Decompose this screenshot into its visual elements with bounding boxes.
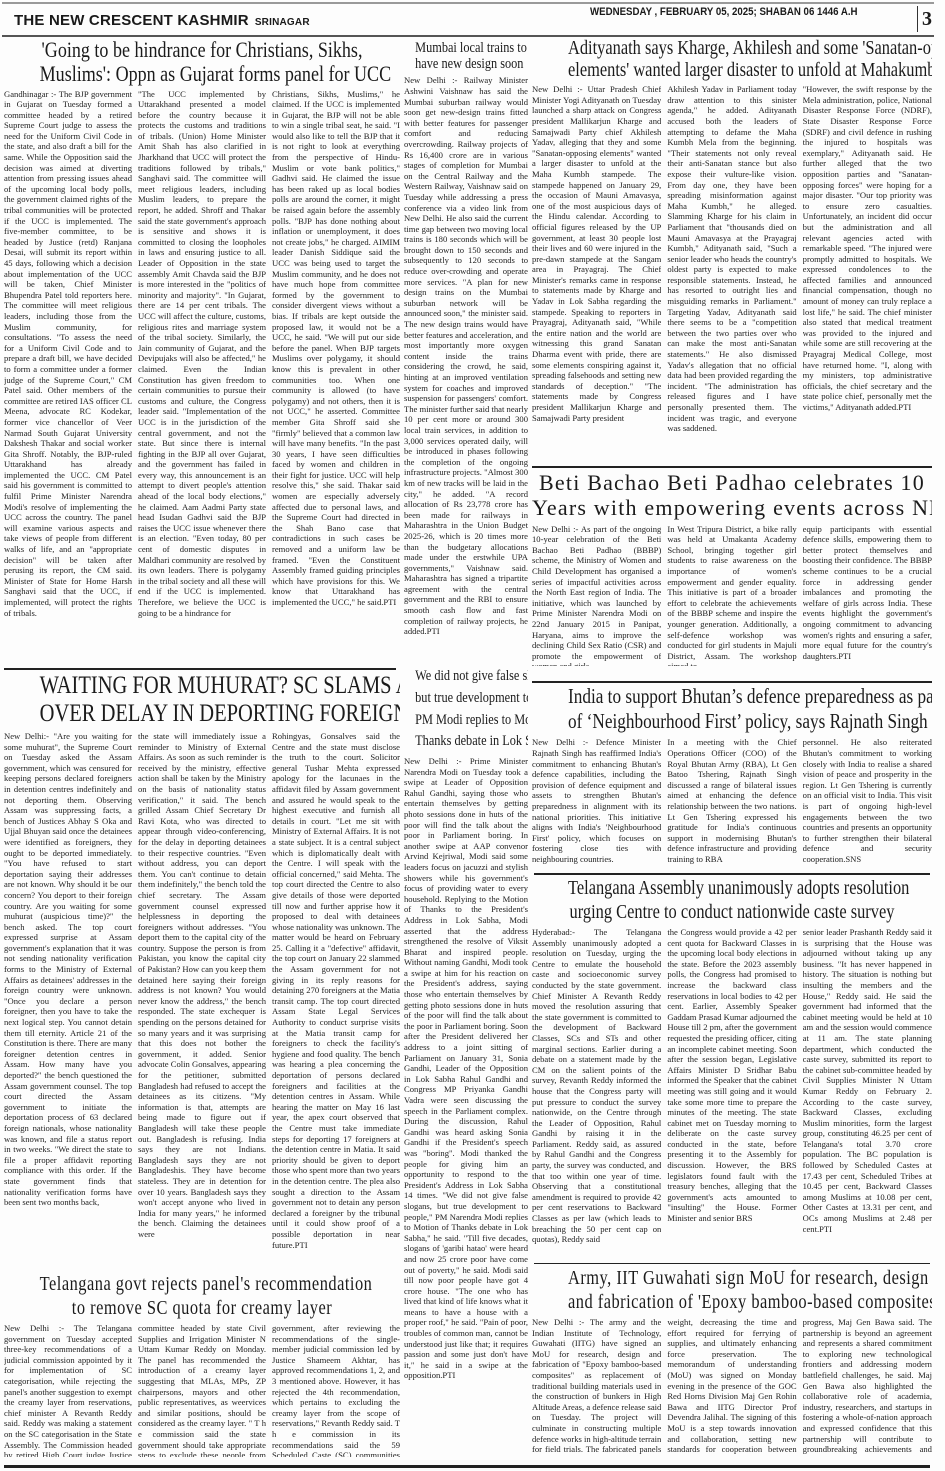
article-column: "However, the swift response by the Mela… (803, 84, 932, 458)
article-column: New Delhi :- Prime Minister Narendra Mod… (404, 756, 528, 1392)
headline-line: elements' wanted larger disaster to unfo… (568, 60, 896, 82)
article-columns: New Delhi :- Uttar Pradesh Chief Ministe… (532, 84, 932, 458)
article-column: weight, decreasing the time and effort r… (667, 1317, 796, 1457)
headline-line: Beti Bachao Beti Padhao celebrates 10 (532, 470, 932, 495)
article-columns: New Delhi :- As part of the ongoing 10-y… (532, 524, 932, 666)
article-column: New Delhi :- Defence Minister Rajnath Si… (532, 737, 661, 867)
paper-name: THE NEW CRESCENT KASHMIRSRINAGAR (14, 12, 310, 29)
headline-line: to remove SC quota for creamy layer (40, 1296, 365, 1320)
article-column: the state will immediately issue a remin… (138, 731, 266, 1249)
section-divider (534, 1263, 930, 1264)
article-column: Rohingyas, Gonsalves said the Centre and… (272, 731, 400, 1249)
article-columns: New Delhi :- Prime Minister Narendra Mod… (404, 756, 528, 1392)
headline-line: WAITING FOR MUHURAT? SC SLAMS ASSAM (40, 672, 365, 700)
headline: Adityanath says Kharge, Akhilesh and som… (532, 38, 932, 81)
header-rule (2, 35, 934, 37)
article-column: Hyderabad:- The Telangana Assembly unani… (532, 927, 661, 1257)
section-divider (534, 873, 930, 875)
headline-line: PM Modi replies to Motion of (415, 710, 517, 732)
story-adityanath: Adityanath says Kharge, Akhilesh and som… (532, 38, 932, 462)
article-columns: Gandhinagar :- The BJP government in Guj… (4, 89, 400, 663)
article-column: New Delhi :- The Telangana government on… (4, 1323, 132, 1457)
article-column: personnel. He also reiterated Bhutan's c… (803, 737, 932, 867)
article-column: the Congress would provide a 42 per cent… (667, 927, 796, 1257)
article-columns: New Delhi :- Railway Minister Ashwini Va… (404, 75, 528, 660)
headline-line: Mumbai local trains to (415, 40, 517, 56)
headline-line: 'Going to be hindrance for Christians, S… (40, 38, 365, 62)
bottom-rule (4, 1465, 930, 1468)
headline-line: Adityanath says Kharge, Akhilesh and som… (568, 38, 896, 60)
headline: 'Going to be hindrance for Christians, S… (4, 38, 400, 86)
article-column: In West Tripura District, a bike rally w… (667, 524, 796, 666)
headline-line: Thanks debate in Lok Sabha (415, 731, 517, 753)
story-assam: WAITING FOR MUHURAT? SC SLAMS ASSAM OVER… (4, 672, 400, 1250)
story-bhutan: India to support Bhutan’s defence prepar… (532, 684, 932, 870)
headline: Army, IIT Guwahati sign MoU for research… (532, 1266, 932, 1314)
article-column: In a meeting with the Chief Operations O… (667, 737, 796, 867)
headline: Telangana Assembly unanimously adopts re… (532, 876, 932, 924)
headline-line: OVER DELAY IN DEPORTING FOREIGNERS (40, 700, 365, 728)
headline-line: Army, IIT Guwahati sign MoU for research… (568, 1266, 896, 1290)
story-ucc: 'Going to be hindrance for Christians, S… (4, 38, 400, 666)
article-column: senior leader Prashanth Reddy said it is… (803, 927, 932, 1257)
headline-line: Years with empowering events across NE (532, 495, 932, 520)
section-divider (4, 668, 396, 670)
article-column: New Delhi :- Railway Minister Ashwini Va… (404, 75, 528, 660)
story-telangana-sc: Telangana govt rejects panel's recommend… (4, 1272, 400, 1462)
headline: Mumbai local trains to have new design s… (404, 40, 528, 72)
headline: India to support Bhutan’s defence prepar… (532, 684, 932, 734)
article-columns: New Delhi:- "Are you waiting for some mu… (4, 731, 400, 1249)
paper-city: SRINAGAR (255, 17, 310, 28)
article-column: Akhilesh Yadav in Parliament today draw … (667, 84, 796, 458)
section-divider (532, 681, 932, 683)
article-column: committee headed by state Civil Supplies… (138, 1323, 266, 1457)
headline-line: Muslims': Oppn as Gujarat forms panel fo… (40, 62, 365, 86)
article-column: "The UCC implemented by Uttarakhand pres… (138, 89, 266, 663)
article-column: New Delhi :- Uttar Pradesh Chief Ministe… (532, 84, 661, 458)
article-columns: New Delhi :- The Telangana government on… (4, 1323, 400, 1457)
headline-line: but true development to people: (415, 688, 517, 710)
article-column: New Delhi :- The army and the Indian Ins… (532, 1317, 661, 1457)
article-column: Gandhinagar :- The BJP government in Guj… (4, 89, 132, 663)
page-number: 3 (922, 8, 932, 31)
masthead: THE NEW CRESCENT KASHMIRSRINAGAR WEDNESD… (0, 0, 945, 34)
headline-line: Telangana govt rejects panel's recommend… (40, 1272, 365, 1296)
headline-line: India to support Bhutan’s defence prepar… (568, 684, 896, 709)
article-column: New Delhi :- As part of the ongoing 10-y… (532, 524, 661, 666)
article-columns: Hyderabad:- The Telangana Assembly unani… (532, 927, 932, 1257)
headline-line: of ‘Neighbourhood First’ policy, says Ra… (568, 709, 896, 734)
story-mumbai: Mumbai local trains to have new design s… (404, 40, 528, 664)
article-column: progress, Maj Gen Bawa said. The partner… (803, 1317, 932, 1457)
top-rule (2, 2, 934, 4)
headline-line: Telangana Assembly unanimously adopts re… (568, 876, 896, 900)
section-divider (532, 466, 932, 468)
dateline: WEDNESDAY , FEBRUARY 05, 2025; SHABAN 06… (590, 6, 858, 18)
headline: WAITING FOR MUHURAT? SC SLAMS ASSAM OVER… (4, 672, 400, 728)
headline: We did not give false slogans, but true … (404, 666, 528, 753)
article-column: equip participants with essential defenc… (803, 524, 932, 666)
article-column: New Delhi:- "Are you waiting for some mu… (4, 731, 132, 1249)
article-columns: New Delhi :- Defence Minister Rajnath Si… (532, 737, 932, 867)
headline: Telangana govt rejects panel's recommend… (4, 1272, 400, 1320)
article-column: Christians, Sikhs, Muslims," he claimed.… (272, 89, 400, 663)
story-bbbp: Beti Bachao Beti Padhao celebrates 10 Ye… (532, 470, 932, 666)
headline: Beti Bachao Beti Padhao celebrates 10 Ye… (532, 470, 932, 521)
story-telangana-caste: Telangana Assembly unanimously adopts re… (532, 876, 932, 1260)
headline-line: have new design soon (415, 56, 517, 72)
article-column: government, after reviewing the recommen… (272, 1323, 400, 1457)
story-army-iit: Army, IIT Guwahati sign MoU for research… (532, 1266, 932, 1462)
headline-line: urging Centre to conduct nationwide cast… (568, 900, 896, 924)
article-columns: New Delhi :- The army and the Indian Ins… (532, 1317, 932, 1457)
headline-line: and fabrication of 'Epoxy bamboo-based c… (568, 1290, 896, 1314)
page-divider (917, 6, 918, 32)
story-modi: We did not give false slogans, but true … (404, 666, 528, 1392)
paper-name-text: THE NEW CRESCENT KASHMIR (14, 12, 249, 29)
headline-line: We did not give false slogans, (415, 666, 517, 688)
